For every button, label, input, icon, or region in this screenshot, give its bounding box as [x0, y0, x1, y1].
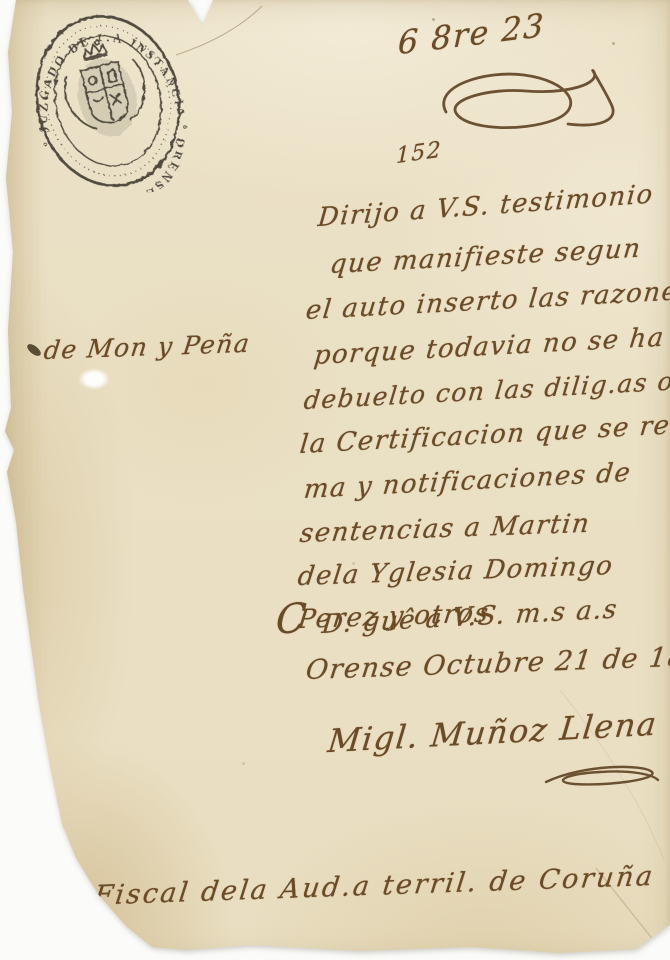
- valediction-mark-text: C: [275, 594, 309, 644]
- paper-sheet: º JUZGADO DE 1.A INSTANCIA º ORENSE 6 8r…: [0, 0, 670, 960]
- scanned-document-page: º JUZGADO DE 1.A INSTANCIA º ORENSE 6 8r…: [0, 0, 670, 960]
- paper-speck: [598, 302, 601, 305]
- paper-speck: [352, 562, 355, 565]
- valediction-mark: C: [274, 595, 311, 644]
- rubric-flourish: [428, 62, 638, 146]
- paper-sheet-wrap: º JUZGADO DE 1.A INSTANCIA º ORENSE 6 8r…: [0, 0, 670, 960]
- paper-speck: [432, 18, 435, 21]
- signature-rubric: [540, 760, 670, 796]
- paper-speck: [612, 42, 615, 45]
- seal-ink-smudge: [70, 52, 145, 143]
- paper-speck: [242, 762, 245, 765]
- paper-damage-spot: [78, 368, 110, 390]
